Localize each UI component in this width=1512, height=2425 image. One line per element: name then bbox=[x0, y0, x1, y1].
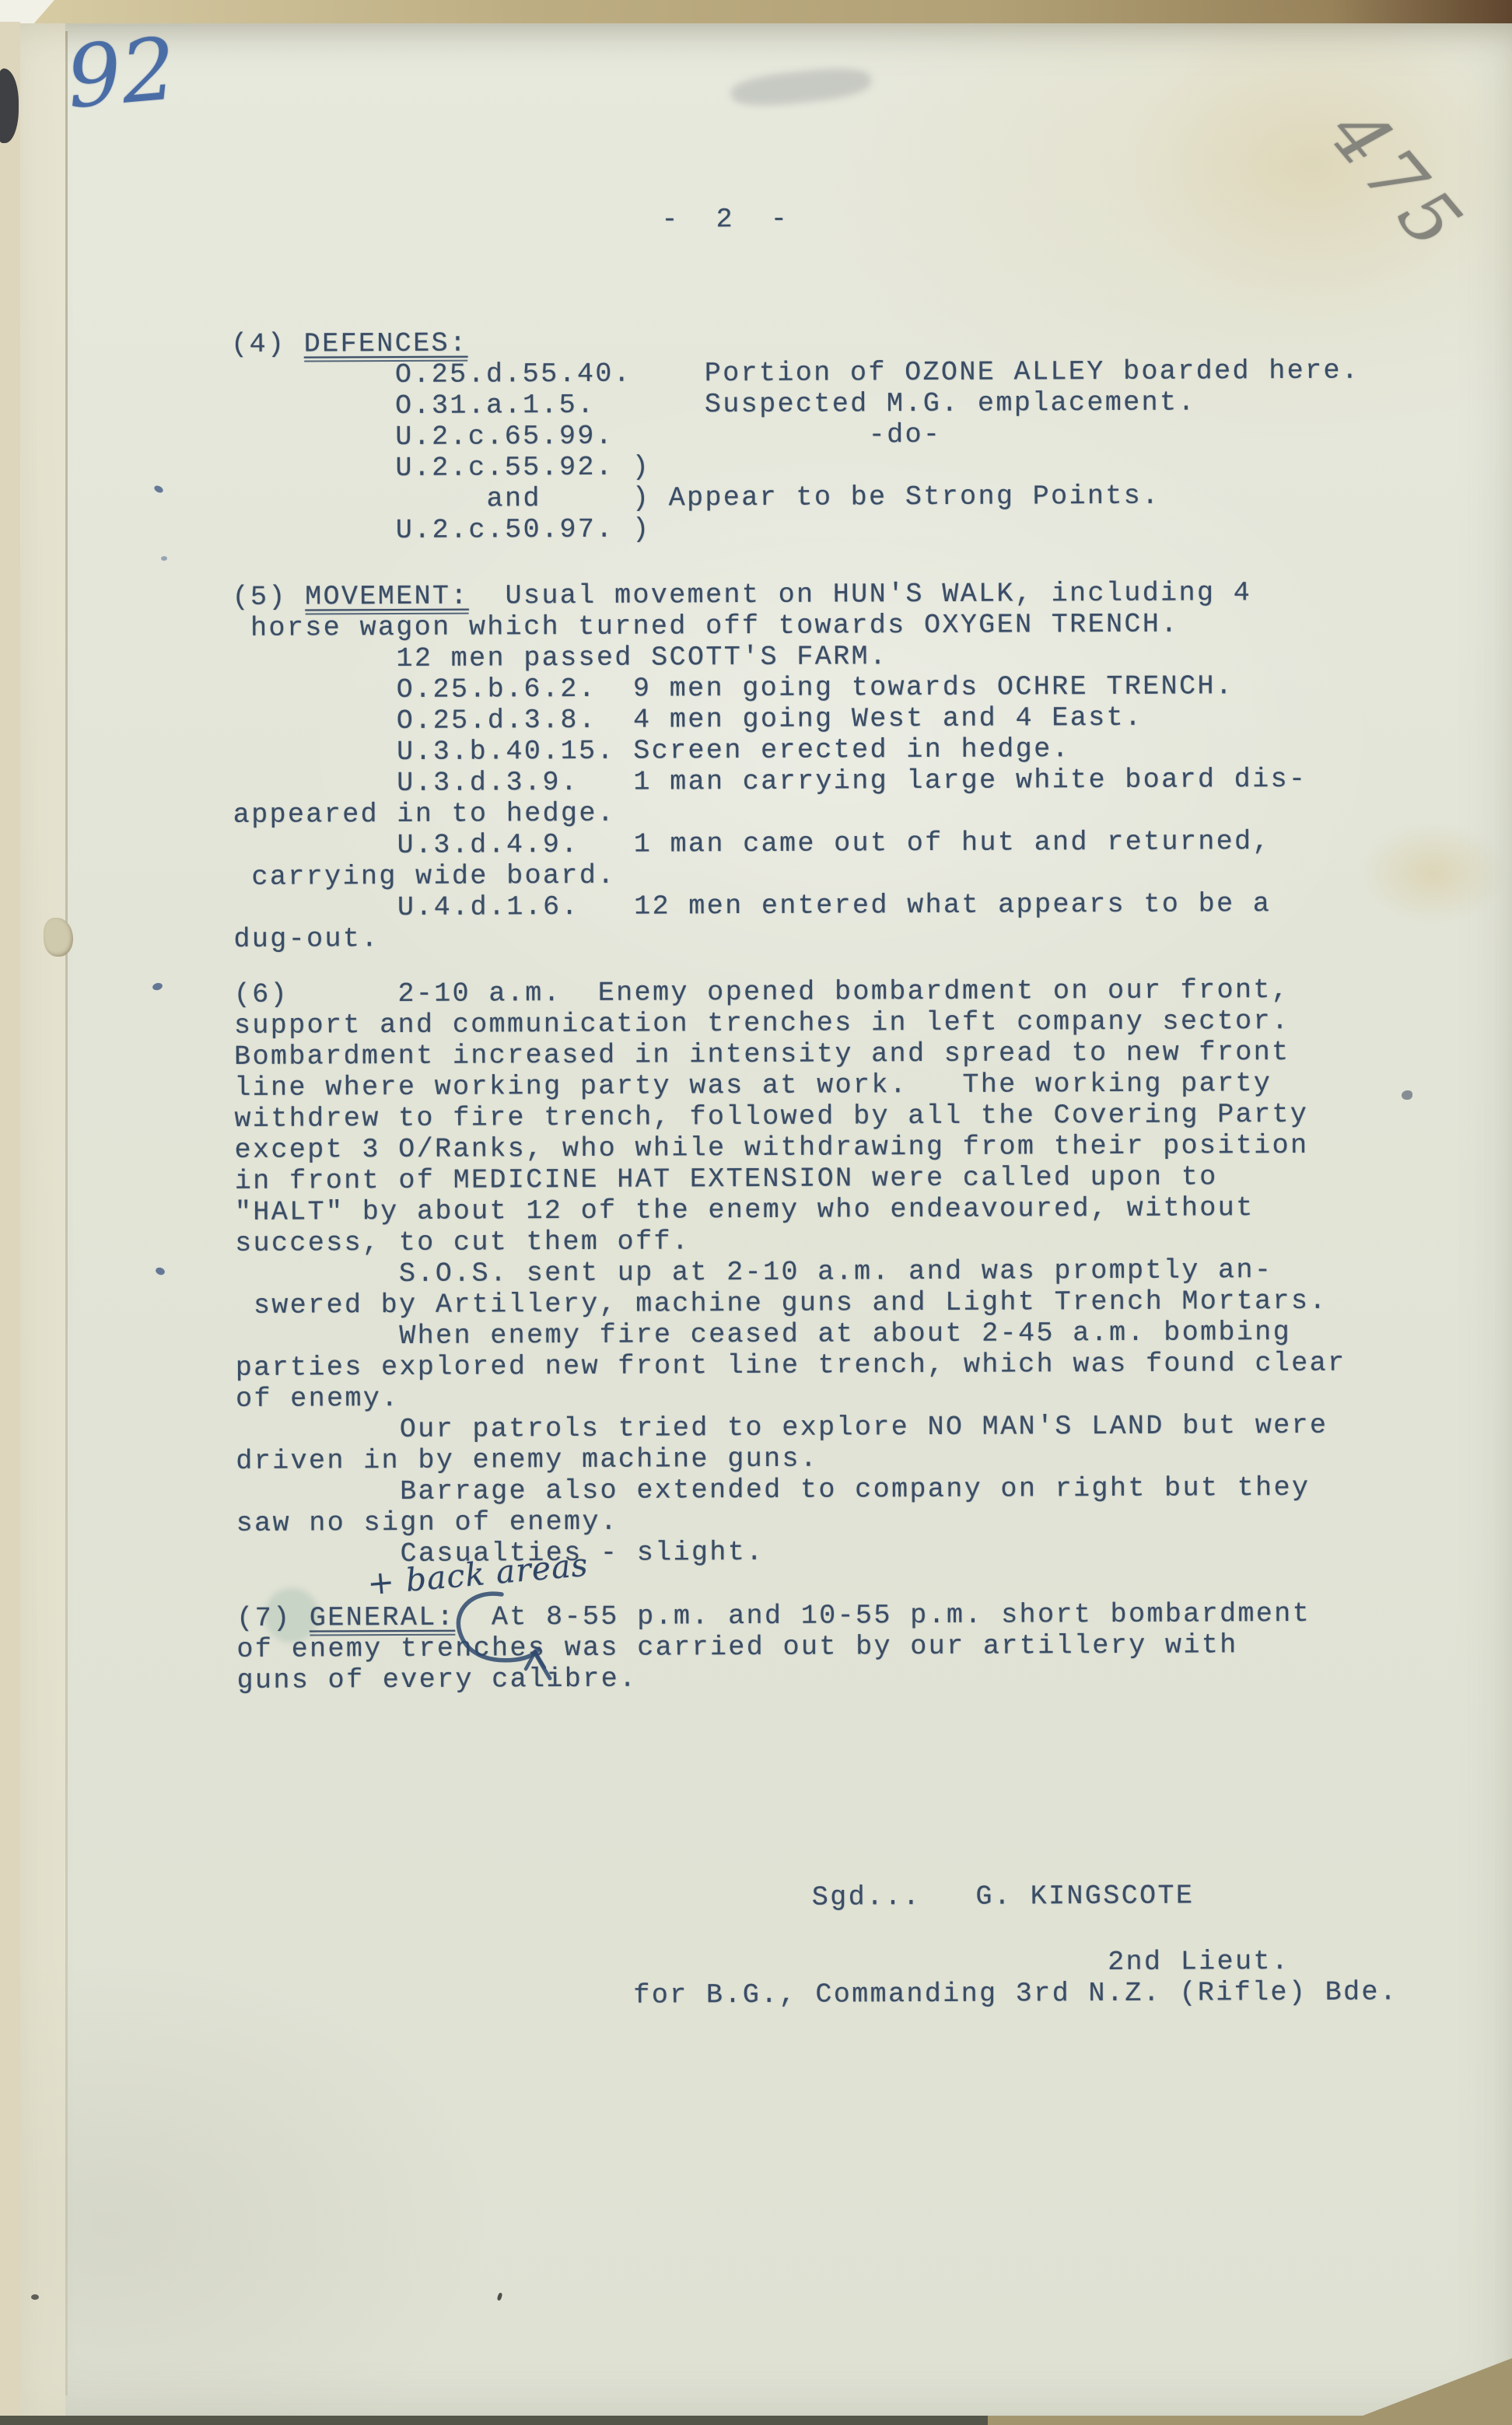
typed-text: (4) bbox=[231, 329, 304, 360]
typed-line: (7) GENERAL: At 8-55 p.m. and 10-55 p.m.… bbox=[236, 1598, 1311, 1634]
scanned-document: 92 475 - 2 - (4) DEFENCES: O.25.d.55.40.… bbox=[0, 0, 1512, 2425]
section-defences: (4) DEFENCES: O.25.d.55.40. Portion of O… bbox=[231, 324, 1360, 547]
typed-line: parties explored new front line trench, … bbox=[236, 1348, 1346, 1384]
typed-line: O.25.d.3.8. 4 men going West and 4 East. bbox=[233, 702, 1307, 737]
typed-line: saw no sign of enemy. bbox=[236, 1503, 1347, 1539]
typed-line: (6) 2-10 a.m. Enemy opened bombardment o… bbox=[234, 975, 1345, 1010]
typed-line: carrying wide board. bbox=[233, 857, 1307, 893]
typed-text: At 8-55 p.m. and 10-55 p.m. short bombar… bbox=[455, 1598, 1311, 1633]
section-heading: DEFENCES: bbox=[304, 328, 468, 362]
typed-line: When enemy fire ceased at about 2-45 a.m… bbox=[236, 1317, 1346, 1352]
section-bombardment: (6) 2-10 a.m. Enemy opened bombardment o… bbox=[234, 975, 1347, 1570]
typed-line: (5) MOVEMENT: Usual movement on HUN'S WA… bbox=[232, 577, 1306, 613]
typed-line: Barrage also extended to company on righ… bbox=[236, 1472, 1346, 1508]
typed-line: 12 men passed SCOTT'S FARM. bbox=[233, 639, 1307, 675]
typed-line: U.2.c.65.99. -do- bbox=[232, 418, 1360, 453]
typed-line: appeared in to hedge. bbox=[233, 795, 1307, 831]
section-general: (7) GENERAL: At 8-55 p.m. and 10-55 p.m.… bbox=[236, 1598, 1311, 1696]
typed-line: in front of MEDICINE HAT EXTENSION were … bbox=[235, 1161, 1346, 1197]
typed-line: O.25.b.6.2. 9 men going towards OCHRE TR… bbox=[233, 670, 1307, 706]
handwritten-caret-icon bbox=[523, 1647, 549, 1674]
signature-rank-line: 2nd Lieut. bbox=[1108, 1946, 1290, 1978]
typed-line: dug-out. bbox=[233, 919, 1307, 955]
typed-line: swered by Artillery, machine guns and Li… bbox=[235, 1286, 1346, 1321]
typed-line: of enemy. bbox=[236, 1379, 1346, 1415]
typed-line: success, to cut them off. bbox=[235, 1223, 1346, 1259]
typed-line: U.4.d.1.6. 12 men entered what appears t… bbox=[233, 888, 1307, 924]
typed-line: of enemy trenches was carried out by our… bbox=[236, 1629, 1311, 1665]
section-heading: MOVEMENT: bbox=[305, 581, 469, 615]
signature-signed-line: Sgd... G. KINGSCOTE bbox=[812, 1881, 1195, 1913]
section-heading: GENERAL: bbox=[310, 1602, 455, 1636]
handwritten-loop-mark bbox=[447, 1591, 579, 1685]
typed-page-number: - 2 - bbox=[661, 204, 789, 236]
typed-text: (7) bbox=[236, 1603, 310, 1634]
typed-line: U.3.d.3.9. 1 man carrying large white bo… bbox=[233, 764, 1307, 800]
typed-line: Our patrols tried to explore NO MAN'S LA… bbox=[236, 1410, 1346, 1446]
typed-body: - 2 - (4) DEFENCES: O.25.d.55.40. Portio… bbox=[0, 0, 1512, 2425]
section-movement: (5) MOVEMENT: Usual movement on HUN'S WA… bbox=[232, 577, 1307, 955]
typed-line: U.2.c.50.97. ) bbox=[232, 511, 1360, 547]
typed-line: driven in by enemy machine guns. bbox=[236, 1441, 1346, 1477]
signature-authority-line: for B.G., Commanding 3rd N.Z. (Rifle) Bd… bbox=[633, 1976, 1398, 2010]
typed-line: O.25.d.55.40. Portion of OZONE ALLEY boa… bbox=[231, 355, 1360, 391]
typed-line: horse wagon which turned off towards OXY… bbox=[233, 608, 1307, 644]
typed-line: U.3.d.4.9. 1 man came out of hut and ret… bbox=[233, 826, 1307, 862]
typed-line: (4) DEFENCES: bbox=[231, 324, 1360, 360]
typed-line: Bombardment increased in intensity and s… bbox=[234, 1037, 1345, 1073]
typed-line: and ) Appear to be Strong Points. bbox=[232, 480, 1360, 516]
typed-line: U.3.b.40.15. Screen erected in hedge. bbox=[233, 733, 1307, 768]
typed-line: withdrew to fire trench, followed by all… bbox=[234, 1099, 1345, 1135]
typed-text: Usual movement on HUN'S WALK, including … bbox=[469, 577, 1252, 611]
typed-text: (5) bbox=[232, 582, 305, 613]
typed-line: U.2.c.55.92. ) bbox=[232, 449, 1360, 485]
typed-line: "HALT" by about 12 of the enemy who ende… bbox=[235, 1192, 1346, 1228]
typed-line: support and communication trenches in le… bbox=[234, 1006, 1345, 1041]
typed-line: guns of every calibre. bbox=[237, 1660, 1311, 1696]
typed-line: except 3 O/Ranks, who while withdrawing … bbox=[235, 1130, 1346, 1166]
typed-line: O.31.a.1.5. Suspected M.G. emplacement. bbox=[231, 387, 1360, 422]
typed-line: line where working party was at work. Th… bbox=[234, 1068, 1345, 1104]
typed-line: S.O.S. sent up at 2-10 a.m. and was prom… bbox=[235, 1254, 1346, 1290]
